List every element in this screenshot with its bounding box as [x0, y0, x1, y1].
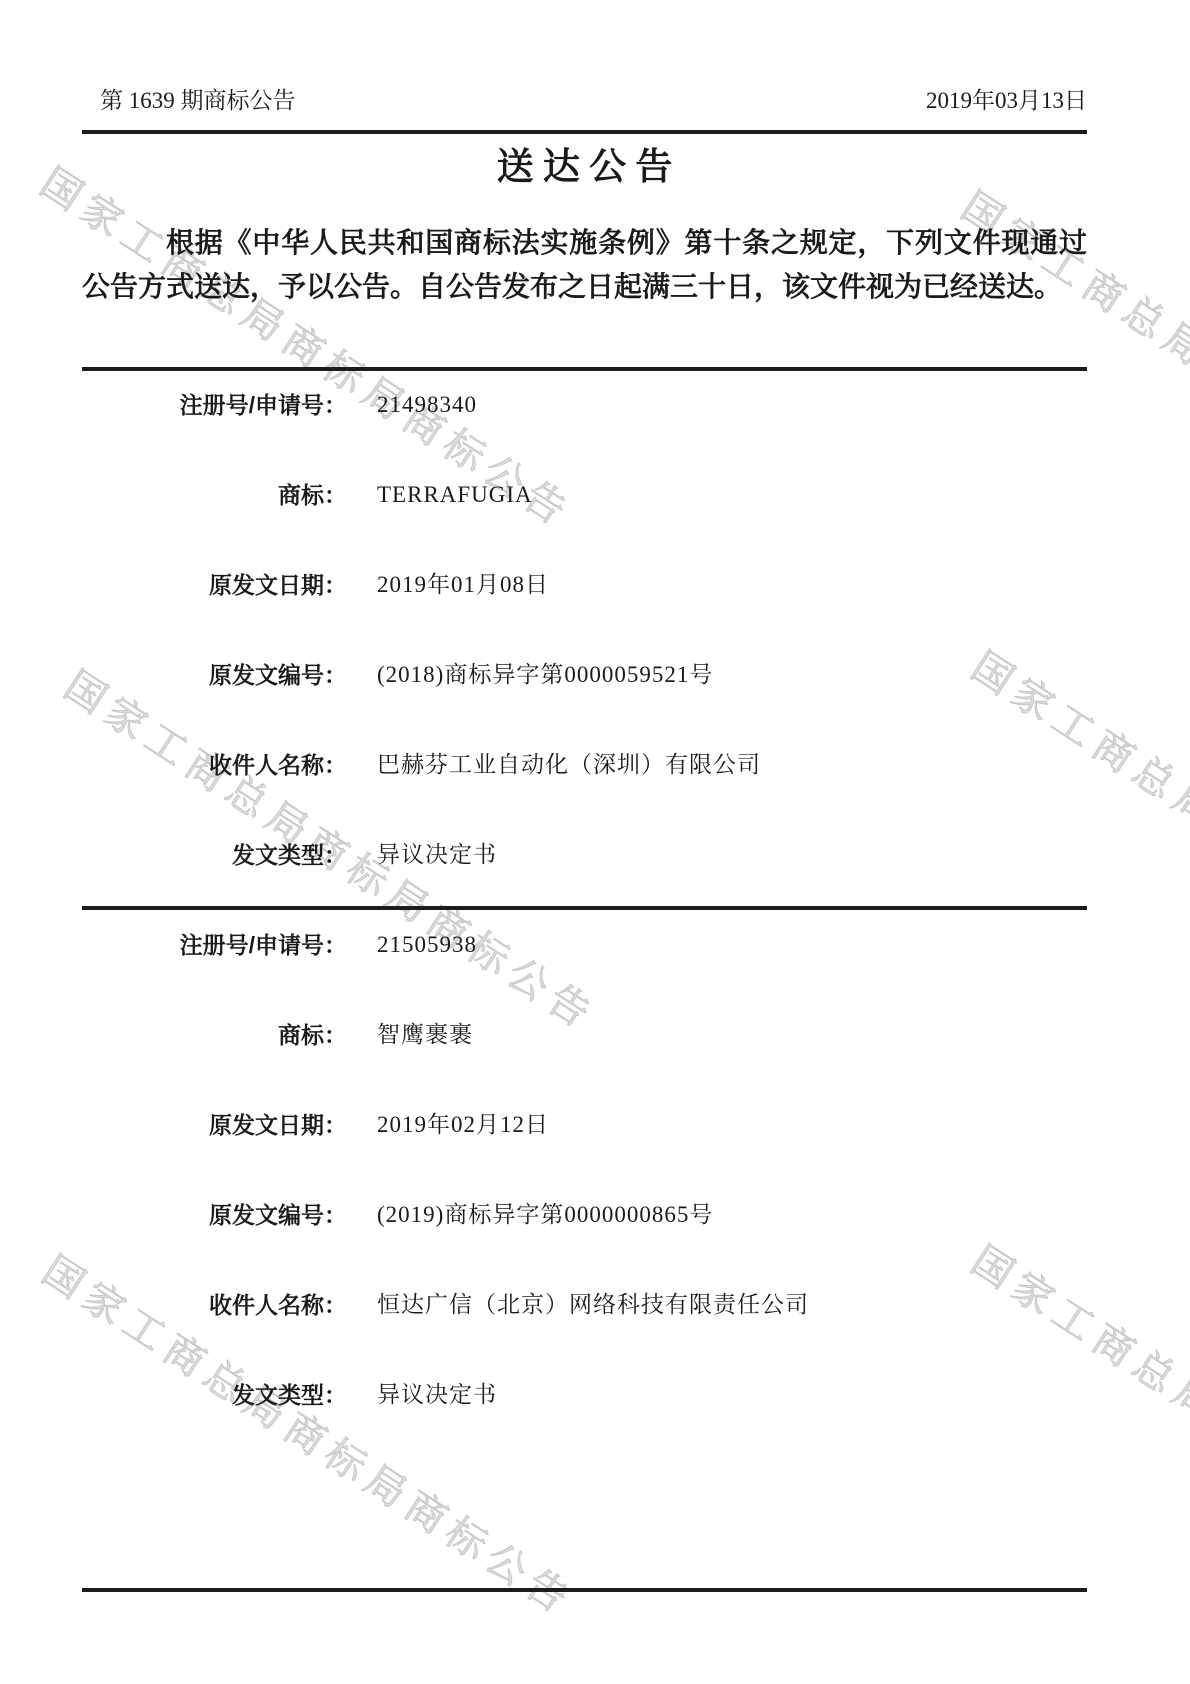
field-row: 发文类型：异议决定书 [82, 1379, 1087, 1411]
field-value: 巴赫芬工业自动化（深圳）有限公司 [377, 749, 761, 781]
field-label: 注册号/申请号： [82, 929, 347, 961]
field-value: (2019)商标异字第0000000865号 [377, 1199, 713, 1231]
field-label: 原发文编号： [82, 659, 347, 691]
field-label: 发文类型： [82, 839, 347, 871]
field-label: 注册号/申请号： [82, 389, 347, 421]
field-label: 原发文日期： [82, 1109, 347, 1141]
field-value: (2018)商标异字第0000059521号 [377, 659, 713, 691]
field-value: 21498340 [377, 389, 477, 421]
field-value: 21505938 [377, 929, 477, 961]
field-value: 恒达广信（北京）网络科技有限责任公司 [377, 1289, 809, 1321]
publication-date: 2019年03月13日 [926, 86, 1087, 116]
field-label: 收件人名称： [82, 749, 347, 781]
field-row: 原发文日期：2019年02月12日 [82, 1109, 1087, 1141]
field-label: 原发文编号： [82, 1199, 347, 1231]
field-value: 智鹰裹裹 [377, 1019, 473, 1051]
page-content: 第 1639 期商标公告 2019年03月13日 送 达 公 告 根据《中华人民… [0, 0, 1190, 1684]
field-row: 商标：TERRAFUGIA [82, 479, 1087, 511]
notice-title: 送 达 公 告 [82, 146, 1087, 190]
issue-number: 第 1639 期商标公告 [100, 86, 296, 116]
field-label: 原发文日期： [82, 569, 347, 601]
field-label: 商标： [82, 479, 347, 511]
field-value: 异议决定书 [377, 839, 497, 871]
field-row: 原发文日期：2019年01月08日 [82, 569, 1087, 601]
field-row: 商标：智鹰裹裹 [82, 1019, 1087, 1051]
notice-intro: 根据《中华人民共和国商标法实施条例》第十条之规定，下列文件现通过公告方式送达，予… [82, 222, 1087, 310]
field-row: 原发文编号：(2019)商标异字第0000000865号 [82, 1199, 1087, 1231]
header-rule [82, 130, 1087, 134]
field-value: 异议决定书 [377, 1379, 497, 1411]
bottom-rule [82, 1588, 1087, 1592]
field-value: 2019年01月08日 [377, 569, 549, 601]
field-value: TERRAFUGIA [377, 479, 533, 511]
field-row: 发文类型：异议决定书 [82, 839, 1087, 871]
field-row: 收件人名称：巴赫芬工业自动化（深圳）有限公司 [82, 749, 1087, 781]
gazette-page: 国家工商总局商标局商标公告 国家工商总局商标局商标公告 国家工商总局商标局商标公… [0, 0, 1190, 1684]
field-label: 发文类型： [82, 1379, 347, 1411]
field-row: 收件人名称：恒达广信（北京）网络科技有限责任公司 [82, 1289, 1087, 1321]
intro-rule [82, 367, 1087, 371]
field-label: 收件人名称： [82, 1289, 347, 1321]
field-row: 原发文编号：(2018)商标异字第0000059521号 [82, 659, 1087, 691]
record-separator-rule [82, 906, 1087, 910]
field-value: 2019年02月12日 [377, 1109, 549, 1141]
field-row: 注册号/申请号：21505938 [82, 929, 1087, 961]
field-label: 商标： [82, 1019, 347, 1051]
field-row: 注册号/申请号：21498340 [82, 389, 1087, 421]
